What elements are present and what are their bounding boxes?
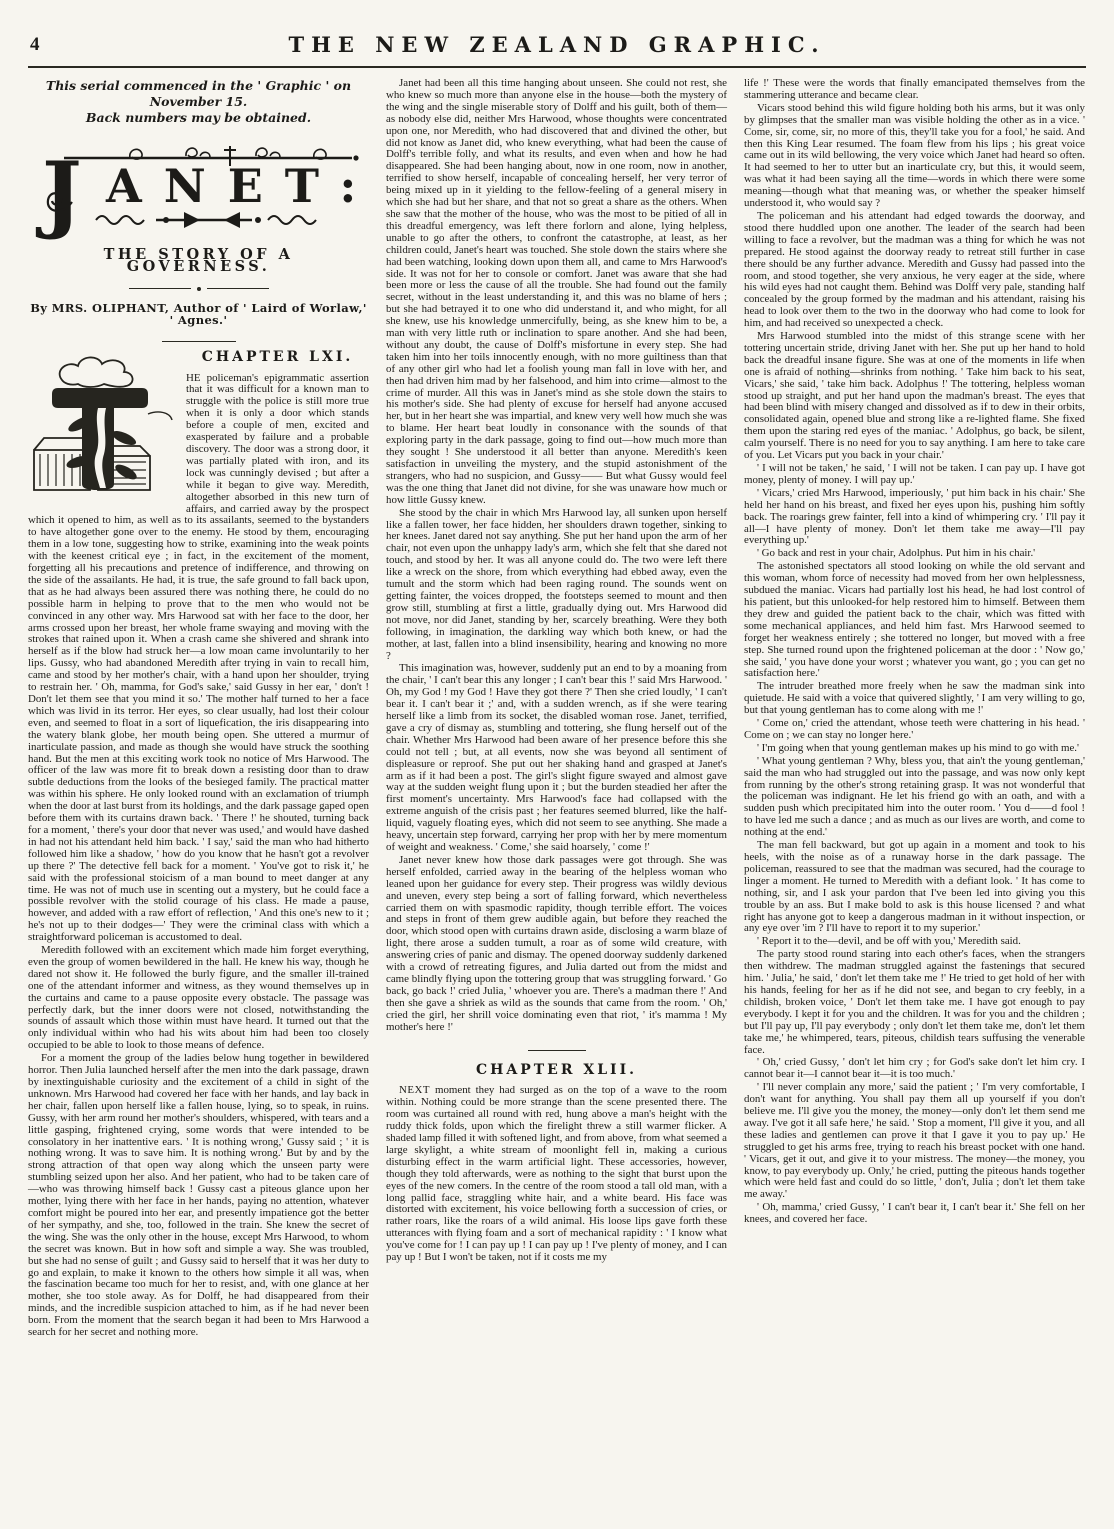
story-paragraph: The astonished spectators all stood look…: [744, 561, 1085, 680]
story-paragraph: ' Oh,' cried Gussy, ' don't let him cry …: [744, 1057, 1085, 1081]
serial-masthead: This serial commenced in the ' Graphic '…: [28, 78, 369, 342]
story-subtitle: THE STORY OF A GOVERNESS.: [28, 249, 369, 273]
serial-notice-line1: This serial commenced in the ' Graphic '…: [28, 78, 369, 110]
story-paragraph: ' Vicars,' cried Mrs Harwood, imperiousl…: [744, 488, 1085, 548]
story-paragraph: She stood by the chair in which Mrs Harw…: [386, 508, 727, 663]
columns-container: This serial commenced in the ' Graphic '…: [28, 78, 1086, 1339]
column-middle: Janet had been all this time hanging abo…: [386, 78, 727, 1264]
story-paragraph: The intruder breathed more freely when h…: [744, 681, 1085, 717]
story-paragraph: Mrs Harwood stumbled into the midst of t…: [744, 331, 1085, 462]
story-paragraph: NEXT moment they had surged as on the to…: [386, 1085, 727, 1264]
byline-rule: [162, 341, 236, 342]
header-rule: [28, 66, 1086, 68]
chapter-heading: CHAPTER XLII.: [386, 1065, 727, 1077]
story-paragraph: ' What young gentleman ? Why, bless you,…: [744, 756, 1085, 839]
story-paragraph: Janet never knew how those dark passages…: [386, 855, 727, 1034]
story-paragraph: ' I will not be taken,' he said, ' I wil…: [744, 463, 1085, 487]
story-paragraph: The man fell backward, but got up again …: [744, 840, 1085, 935]
janet-title-art: J ANET:: [34, 136, 364, 240]
story-paragraph: The policeman and his attendant had edge…: [744, 211, 1085, 330]
story-paragraph: ' Go back and rest in your chair, Adolph…: [744, 548, 1085, 560]
story-paragraph: ' I'll never complain any more,' said th…: [744, 1082, 1085, 1201]
janet-letters: ANET:: [105, 159, 364, 213]
story-paragraph: ' Oh, mamma,' cried Gussy, ' I can't bea…: [744, 1202, 1085, 1226]
story-paragraph: ' I'm going when that young gentleman ma…: [744, 743, 1085, 755]
janet-big-j: J: [35, 143, 82, 240]
story-paragraph: Vicars stood behind this wild figure hol…: [744, 103, 1085, 210]
story-paragraph: ' Report it to the—devil, and be off wit…: [744, 936, 1085, 948]
section-divider: [528, 1050, 586, 1051]
story-paragraph: Meredith followed with an excitement whi…: [28, 945, 369, 1052]
column-right: life !' These were the words that finall…: [744, 78, 1085, 1226]
byline: By MRS. OLIPHANT, Author of ' Laird of W…: [28, 303, 369, 327]
story-paragraph: For a moment the group of the ladies bel…: [28, 1053, 369, 1339]
serial-notice-line2: Back numbers may be obtained.: [28, 110, 369, 126]
serial-notice: This serial commenced in the ' Graphic '…: [28, 78, 369, 126]
lead-word: NEXT: [399, 1084, 430, 1096]
page-header: 4 THE NEW ZEALAND GRAPHIC.: [28, 26, 1086, 60]
story-paragraph: The party stood round staring into each …: [744, 949, 1085, 1056]
story-paragraph: Janet had been all this time hanging abo…: [386, 78, 727, 507]
paper-title: THE NEW ZEALAND GRAPHIC.: [28, 26, 1086, 57]
newspaper-page: 4 THE NEW ZEALAND GRAPHIC. This serial c…: [0, 0, 1114, 1339]
page-number: 4: [30, 34, 40, 56]
story-paragraph: life !' These were the words that finall…: [744, 78, 1085, 102]
column-left: This serial commenced in the ' Graphic '…: [28, 78, 369, 1339]
story-paragraph: This imagination was, however, suddenly …: [386, 663, 727, 854]
ornament-divider: [28, 287, 369, 291]
chapter-initial-illustration: [28, 354, 176, 506]
story-paragraph: ' Come on,' cried the attendant, whose t…: [744, 718, 1085, 742]
story-text-left: CHAPTER LXI.HE policeman's epigrammatic …: [28, 352, 369, 1339]
